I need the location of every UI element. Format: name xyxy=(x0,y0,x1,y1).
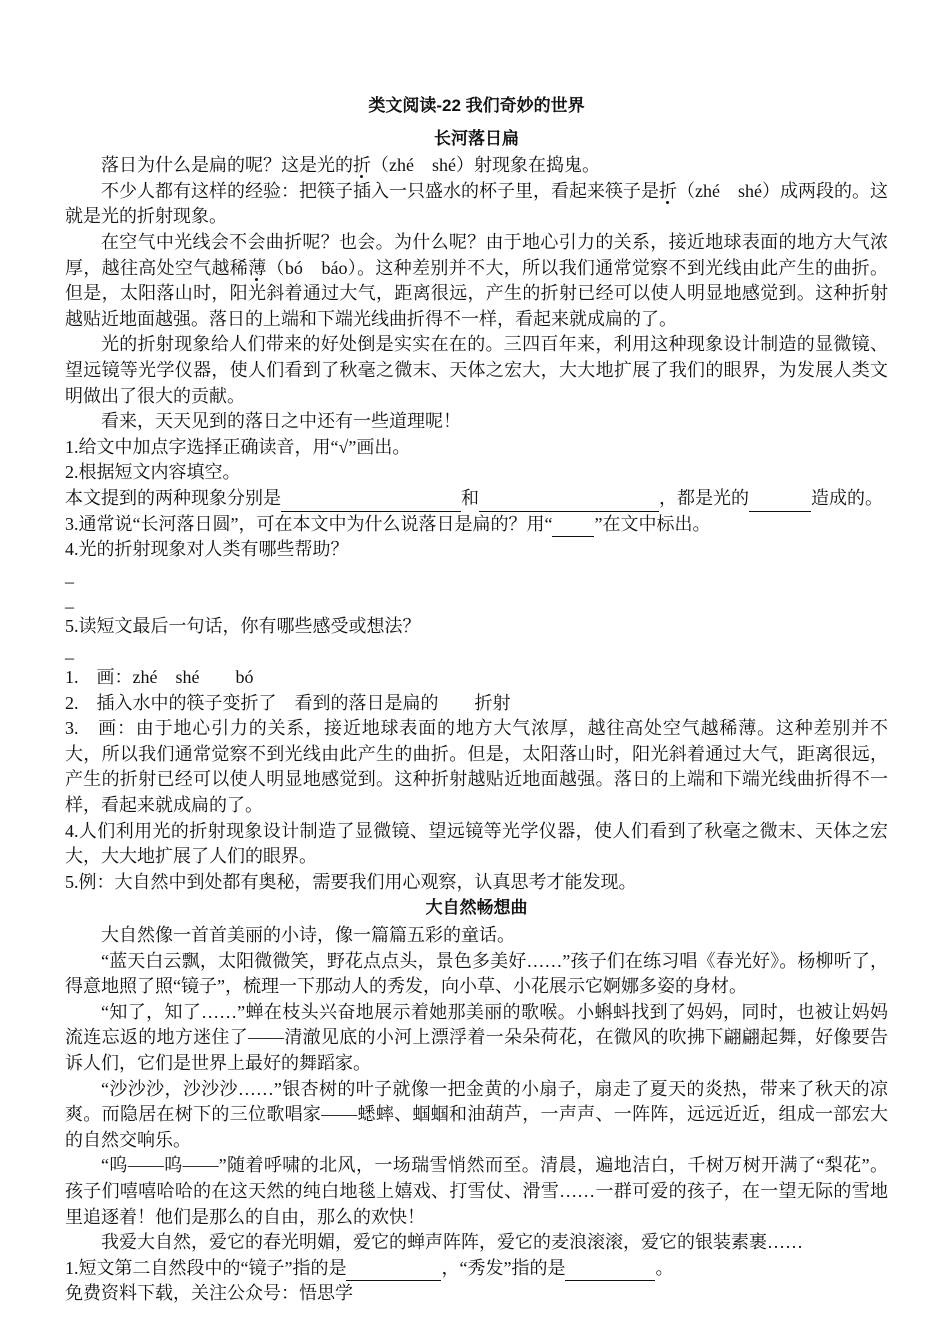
q2-fill-text-4: 造成的。 xyxy=(811,488,883,508)
dotted-char-bo: 薄 xyxy=(248,258,266,278)
q2-fill-text-2: 和 xyxy=(461,488,479,508)
passage1-p5: 看来，天天见到的落日之中还有一些道理呢！ xyxy=(65,409,888,435)
passage2-title: 大自然畅想曲 xyxy=(65,895,888,921)
passage2-p5: “呜——呜——”随着呼啸的北风，一场瑞雪悄然而至。清晨，遍地洁白，千树万树开满了… xyxy=(65,1153,888,1230)
passage2-p2: “蓝天白云飘，太阳微微笑，野花点点头，景色多美好……”孩子们在练习唱《春光好》。… xyxy=(65,949,888,1000)
passage1-question-2-fill: 本文提到的两种现象分别是和，都是光的造成的。 xyxy=(65,486,888,512)
passage2-p6: 我爱大自然，爱它的春光明媚，爱它的蝉声阵阵，爱它的麦浪滚滚，爱它的银装素裹…… xyxy=(65,1230,888,1256)
blank-mark: _ xyxy=(65,641,74,661)
q3-text-pre: 3.通常说“长河落日圆”，可在本文中为什么说落日是扁的？用“ xyxy=(65,514,552,534)
dotted-char-zhe-1: 折 xyxy=(353,155,371,175)
answer-key-4: 4.人们利用光的折射现象设计制造了显微镜、望远镜等光学仪器，使人们看到了秋毫之微… xyxy=(65,819,888,870)
q2-fill-text-1: 本文提到的两种现象分别是 xyxy=(65,488,281,508)
passage2-p1: 大自然像一首首美丽的小诗，像一篇篇五彩的童话。 xyxy=(65,923,888,949)
passage1-question-5: 5.读短文最后一句话，你有哪些感受或想法？ xyxy=(65,614,888,640)
answer-key-5: 5.例：大自然中到处都有奥秘，需要我们用心观察，认真思考才能发现。 xyxy=(65,870,888,896)
passage1-question-3: 3.通常说“长河落日圆”，可在本文中为什么说落日是扁的？用“”在文中标出。 xyxy=(65,512,888,538)
passage1-p1: 落日为什么是扁的呢？这是光的折（zhé shé）射现象在捣鬼。 xyxy=(65,153,888,179)
answer-key-2: 2. 插入水中的筷子变折了 看到的落日是扁的 折射 xyxy=(65,691,888,717)
p2q1-text-3: 。 xyxy=(655,1258,673,1278)
passage1-p1-post: （zhé shé）射现象在捣鬼。 xyxy=(371,155,600,175)
passage1-title: 长河落日扁 xyxy=(65,126,888,152)
passage2-question-1: 1.短文第二自然段中的“镜子”指的是，“秀发”指的是。 xyxy=(65,1256,888,1282)
fill-blank-3 xyxy=(749,492,811,511)
answer-blank-line-1: _ xyxy=(65,563,888,589)
fill-blank-quoted xyxy=(552,518,594,537)
q3-text-post: ”在文中标出。 xyxy=(594,514,710,534)
blank-mark: _ xyxy=(65,590,74,610)
footer-note: 免费资料下载，关注公众号：悟思学 xyxy=(65,1281,888,1307)
dotted-char-zhe-2: 折 xyxy=(659,181,677,201)
fill-blank-1 xyxy=(281,492,461,511)
answer-key-1: 1. 画：zhé shé bó xyxy=(65,665,888,691)
passage1-p1-pre: 落日为什么是扁的呢？这是光的 xyxy=(101,155,353,175)
p2q1-text-1: 1.短文第二自然段中的“镜子”指的是 xyxy=(65,1258,346,1278)
passage1-p2: 不少人都有这样的经验：把筷子插入一只盛水的杯子里，看起来筷子是折（zhé shé… xyxy=(65,179,888,230)
fill-blank-hair xyxy=(565,1262,655,1281)
passage1-p4: 光的折射现象给人们带来的好处倒是实实在在的。三四百年来，利用这种现象设计制造的显… xyxy=(65,332,888,409)
fill-blank-mirror xyxy=(346,1262,441,1281)
answer-key-3: 3. 画：由于地心引力的关系，接近地球表面的地方大气浓厚，越往高处空气越稀薄。这… xyxy=(65,716,888,818)
q2-fill-text-3: ，都是光的 xyxy=(659,488,749,508)
fill-blank-2 xyxy=(479,492,659,511)
passage2-p3: “知了，知了……”蝉在枝头兴奋地展示着她那美丽的歌喉。小蝌蚪找到了妈妈，同时，也… xyxy=(65,1000,888,1077)
passage1-p2-pre: 不少人都有这样的经验：把筷子插入一只盛水的杯子里，看起来筷子是 xyxy=(101,181,659,201)
doc-title: 类文阅读-22 我们奇妙的世界 xyxy=(65,93,888,119)
p2q1-text-2: ，“秀发”指的是 xyxy=(441,1258,565,1278)
blank-mark: _ xyxy=(65,565,74,585)
passage1-question-4: 4.光的折射现象对人类有哪些帮助？ xyxy=(65,537,888,563)
passage1-p3: 在空气中光线会不会曲折呢？也会。为什么呢？由于地心引力的关系，接近地球表面的地方… xyxy=(65,230,888,332)
passage1-question-2: 2.根据短文内容填空。 xyxy=(65,460,888,486)
passage1-question-1: 1.给文中加点字选择正确读音，用“√”画出。 xyxy=(65,435,888,461)
answer-blank-line-3: _ xyxy=(65,639,888,665)
passage2-p4: “沙沙沙，沙沙沙……”银杏树的叶子就像一把金黄的小扇子，扇走了夏天的炎热，带来了… xyxy=(65,1077,888,1154)
worksheet-page: 类文阅读-22 我们奇妙的世界 长河落日扁 落日为什么是扁的呢？这是光的折（zh… xyxy=(0,0,950,1344)
answer-blank-line-2: _ xyxy=(65,588,888,614)
